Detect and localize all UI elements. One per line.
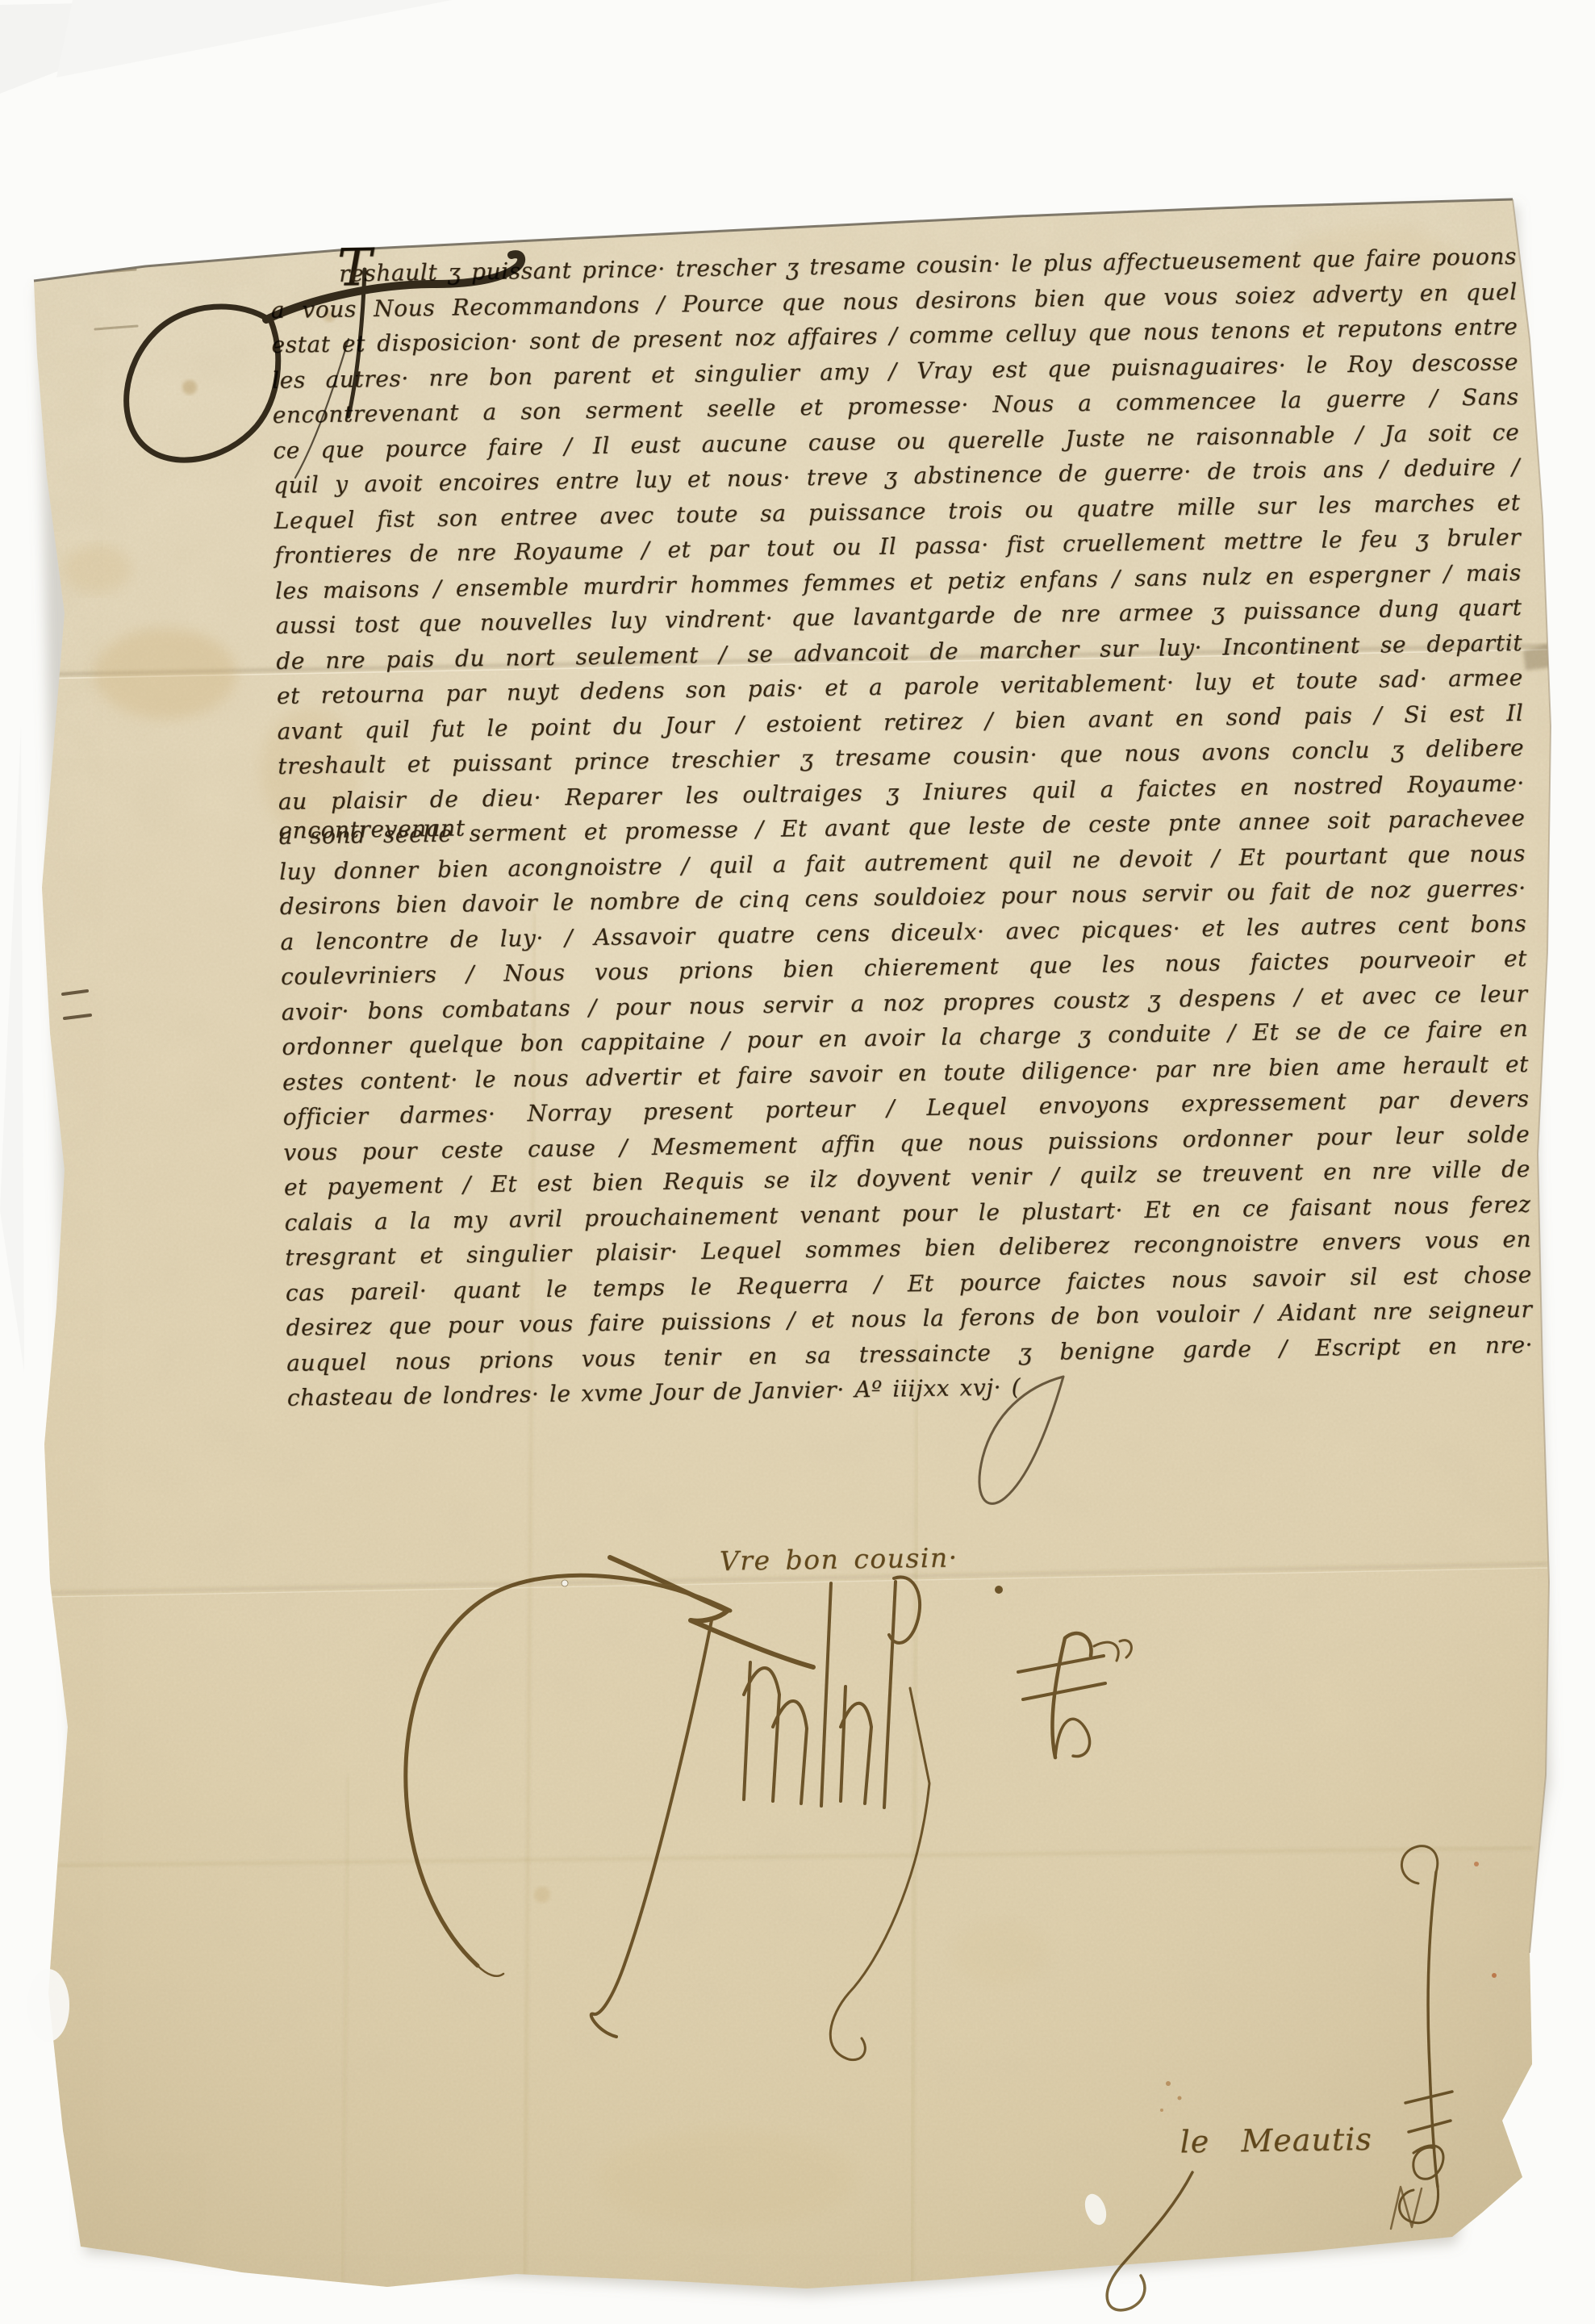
scanned-letter-page: T reshault ʒ puissant prince· trescher ʒ… xyxy=(0,0,1595,2324)
paper-sheet xyxy=(24,186,1565,2316)
pinhole xyxy=(562,1580,568,1586)
letter-scan-artwork xyxy=(0,0,1595,2324)
torn-edge-notch xyxy=(27,1969,69,2042)
